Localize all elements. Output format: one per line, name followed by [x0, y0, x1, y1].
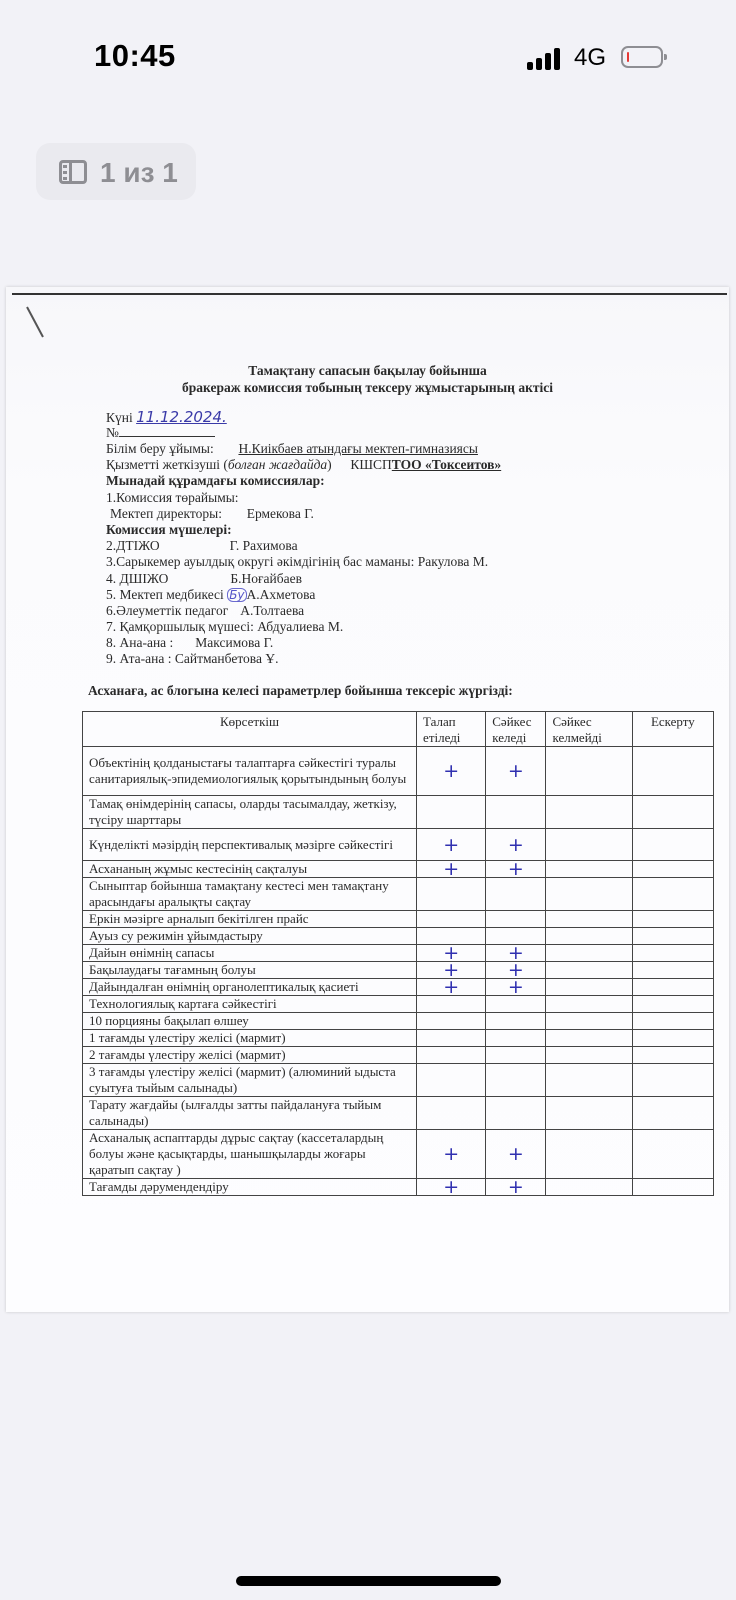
- member-name: Б.Ноғайбаев: [230, 571, 302, 586]
- table-row: Дайындалған өнімнің органолептикалық қас…: [83, 979, 714, 996]
- cell-note: [632, 747, 713, 796]
- cell-compliant: [486, 1047, 546, 1064]
- org-value: Н.Киікбаев атындағы мектеп-гимназиясы: [238, 441, 478, 456]
- table-row: Еркін мәзірге арналып бекітілген прайс: [83, 911, 714, 928]
- cell-non-compliant: [546, 911, 632, 928]
- table-row: Тамақ өнімдерінің сапасы, оларды тасымал…: [83, 796, 714, 829]
- member-label: 3.Сарыкемер ауылдық округі әкімдігінің б…: [106, 554, 414, 569]
- commission-heading: Мынадай құрамдағы комиссиялар:: [106, 473, 325, 489]
- table-row: Асхананың жұмыс кестесінің сақталуы++: [83, 861, 714, 878]
- member-name: Абдуалиева М.: [257, 619, 343, 634]
- cell-note: [632, 1030, 713, 1047]
- cell-compliant: [486, 796, 546, 829]
- cell-indicator: 1 тағамды үлестіру желісі (мармит): [83, 1030, 417, 1047]
- cell-non-compliant: [546, 829, 632, 861]
- cell-indicator: Объектінің қолданыстағы талаптарға сәйке…: [83, 747, 417, 796]
- cell-non-compliant: [546, 1013, 632, 1030]
- table-row: Күнделікті мәзірдің перспективалық мәзір…: [83, 829, 714, 861]
- member-item: 9. Ата-ана : Сайтманбетова Ұ.: [106, 651, 278, 667]
- cell-compliant: +: [486, 747, 546, 796]
- member-item: 4. ДШІЖОБ.Ноғайбаев: [106, 571, 302, 587]
- cell-compliant: [486, 1030, 546, 1047]
- supplier-label-end: ): [327, 457, 332, 472]
- number-label: №: [106, 425, 119, 440]
- cell-required: +: [417, 1130, 486, 1179]
- table-row: Ауыз су режимін ұйымдастыру: [83, 928, 714, 945]
- org-label: Білім беру ұйымы:: [106, 441, 214, 456]
- member-item: 3.Сарыкемер ауылдық округі әкімдігінің б…: [106, 554, 488, 570]
- cell-compliant: [486, 996, 546, 1013]
- cell-indicator: Еркін мәзірге арналып бекітілген прайс: [83, 911, 417, 928]
- cell-non-compliant: [546, 1064, 632, 1097]
- cell-non-compliant: [546, 796, 632, 829]
- cell-note: [632, 878, 713, 911]
- battery-low-icon: [621, 46, 663, 68]
- director-label: Мектеп директоры:: [110, 506, 222, 521]
- cell-required: [417, 878, 486, 911]
- cellular-signal-icon: [527, 48, 563, 70]
- number-blank: [119, 425, 215, 437]
- member-label: 7. Қамқоршылық мүшесі:: [106, 619, 254, 634]
- cell-non-compliant: [546, 747, 632, 796]
- home-indicator[interactable]: [236, 1576, 501, 1586]
- table-body: Объектінің қолданыстағы талаптарға сәйке…: [83, 747, 714, 1196]
- header-compliant: Сәйкес келеді: [486, 712, 546, 747]
- member-label: 4. ДШІЖО: [106, 571, 168, 586]
- cell-non-compliant: [546, 962, 632, 979]
- number-line: №: [106, 425, 215, 441]
- page-indicator[interactable]: 1 из 1: [36, 143, 196, 200]
- cell-required: +: [417, 747, 486, 796]
- cell-indicator: Бақылаудағы тағамның болуы: [83, 962, 417, 979]
- cell-required: +: [417, 979, 486, 996]
- supplier-label: Қызметті жеткізуші (: [106, 457, 228, 472]
- director-name: Ермекова Г.: [247, 506, 314, 521]
- cell-indicator: Дайын өнімнің сапасы: [83, 945, 417, 962]
- cell-indicator: 2 тағамды үлестіру желісі (мармит): [83, 1047, 417, 1064]
- cell-required: [417, 796, 486, 829]
- member-name: Ракулова М.: [418, 554, 488, 569]
- member-label: 8. Ана-ана :: [106, 635, 173, 650]
- cell-indicator: Тамақ өнімдерінің сапасы, оларды тасымал…: [83, 796, 417, 829]
- cell-compliant: +: [486, 1130, 546, 1179]
- cell-note: [632, 928, 713, 945]
- cell-note: [632, 1179, 713, 1196]
- supplier-type: КШСП: [350, 457, 391, 472]
- cell-non-compliant: [546, 1047, 632, 1064]
- cell-indicator: 10 порцияны бақылап өлшеу: [83, 1013, 417, 1030]
- table-row: Технологиялық картаға сәйкестігі: [83, 996, 714, 1013]
- cell-non-compliant: [546, 996, 632, 1013]
- member-label: 5. Мектеп медбикесі: [106, 587, 224, 602]
- cell-required: [417, 996, 486, 1013]
- supplier-line: Қызметті жеткізуші (болған жағдайда) КШС…: [106, 457, 501, 473]
- table-row: Объектінің қолданыстағы талаптарға сәйке…: [83, 747, 714, 796]
- cell-note: [632, 1064, 713, 1097]
- cell-compliant: [486, 878, 546, 911]
- table-row: 10 порцияны бақылап өлшеу: [83, 1013, 714, 1030]
- member-label: 2.ДТІЖО: [106, 538, 160, 553]
- doc-title-line1: Тамақтану сапасын бақылау бойынша: [6, 363, 729, 379]
- member-item: 6.Әлеуметтік педагогА.Толтаева: [106, 603, 304, 619]
- supplier-value: ТОО «Токсеитов»: [392, 457, 501, 472]
- network-type: 4G: [574, 44, 606, 72]
- cell-required: +: [417, 861, 486, 878]
- cell-note: [632, 829, 713, 861]
- member-item: 8. Ана-ана :Максимова Г.: [106, 635, 273, 651]
- cell-indicator: Тарату жағдайы (ылғалды затты пайдалануғ…: [83, 1097, 417, 1130]
- cell-indicator: Технологиялық картаға сәйкестігі: [83, 996, 417, 1013]
- cell-indicator: 3 тағамды үлестіру желісі (мармит) (алюм…: [83, 1064, 417, 1097]
- cell-required: [417, 1047, 486, 1064]
- cell-non-compliant: [546, 945, 632, 962]
- member-name: Максимова Г.: [195, 635, 273, 650]
- table-row: Тағамды дәрумендендіру++: [83, 1179, 714, 1196]
- signature: Бу: [227, 588, 246, 602]
- member-label: 9. Ата-ана :: [106, 651, 171, 666]
- cell-compliant: +: [486, 1179, 546, 1196]
- org-line: Білім беру ұйымы: Н.Киікбаев атындағы ме…: [106, 441, 478, 457]
- cell-required: [417, 1013, 486, 1030]
- members-heading: Комиссия мүшелері:: [106, 522, 232, 538]
- date-label: Күні: [106, 410, 133, 425]
- table-row: 3 тағамды үлестіру желісі (мармит) (алюм…: [83, 1064, 714, 1097]
- table-row: Бақылаудағы тағамның болуы++: [83, 962, 714, 979]
- cell-non-compliant: [546, 1179, 632, 1196]
- cell-compliant: [486, 1097, 546, 1130]
- cell-indicator: Асхананың жұмыс кестесінің сақталуы: [83, 861, 417, 878]
- cell-required: [417, 911, 486, 928]
- document-page: Тамақтану сапасын бақылау бойынша бракер…: [6, 287, 729, 1312]
- member-item: 2.ДТІЖОГ. Рахимова: [106, 538, 298, 554]
- table-row: Дайын өнімнің сапасы++: [83, 945, 714, 962]
- cell-note: [632, 1047, 713, 1064]
- clock: 10:45: [94, 38, 176, 74]
- cell-note: [632, 1130, 713, 1179]
- table-header-row: Көрсеткіш Талап етіледі Сәйкес келеді Сә…: [83, 712, 714, 747]
- header-required: Талап етіледі: [417, 712, 486, 747]
- doc-title-line2: бракераж комиссия тобының тексеру жұмыст…: [6, 380, 729, 396]
- table-row: 2 тағамды үлестіру желісі (мармит): [83, 1047, 714, 1064]
- scan-edge: [12, 293, 727, 295]
- cell-compliant: +: [486, 861, 546, 878]
- cell-indicator: Ауыз су режимін ұйымдастыру: [83, 928, 417, 945]
- cell-indicator: Дайындалған өнімнің органолептикалық қас…: [83, 979, 417, 996]
- cell-non-compliant: [546, 861, 632, 878]
- cell-non-compliant: [546, 928, 632, 945]
- cell-non-compliant: [546, 878, 632, 911]
- table-row: 1 тағамды үлестіру желісі (мармит): [83, 1030, 714, 1047]
- cell-non-compliant: [546, 1130, 632, 1179]
- table-row: Тарату жағдайы (ылғалды затты пайдалануғ…: [83, 1097, 714, 1130]
- inspection-heading: Асханаға, ас блогына келесі параметрлер …: [88, 683, 513, 699]
- cell-indicator: Күнделікті мәзірдің перспективалық мәзір…: [83, 829, 417, 861]
- cell-required: [417, 1097, 486, 1130]
- table-row: Сыныптар бойынша тамақтану кестесі мен т…: [83, 878, 714, 911]
- pen-mark: [26, 307, 44, 338]
- cell-required: [417, 1064, 486, 1097]
- member-item: 7. Қамқоршылық мүшесі: Абдуалиева М.: [106, 619, 343, 635]
- supplier-label-italic: болған жағдайда: [228, 457, 327, 472]
- cell-required: +: [417, 1179, 486, 1196]
- cell-non-compliant: [546, 1030, 632, 1047]
- member-item: 5. Мектеп медбикесі БуА.Ахметова: [106, 587, 315, 603]
- member-name: Г. Рахимова: [230, 538, 298, 553]
- cell-compliant: +: [486, 829, 546, 861]
- member-label: 6.Әлеуметтік педагог: [106, 603, 228, 618]
- member-name: Сайтманбетова Ұ.: [175, 651, 279, 666]
- cell-required: +: [417, 829, 486, 861]
- cell-compliant: [486, 1064, 546, 1097]
- cell-indicator: Сыныптар бойынша тамақтану кестесі мен т…: [83, 878, 417, 911]
- cell-note: [632, 945, 713, 962]
- cell-note: [632, 962, 713, 979]
- page-indicator-label: 1 из 1: [100, 157, 178, 189]
- header-note: Ескерту: [632, 712, 713, 747]
- cell-indicator: Асханалық аспаптарды дұрыс сақтау (кассе…: [83, 1130, 417, 1179]
- inspection-table: Көрсеткіш Талап етіледі Сәйкес келеді Сә…: [82, 711, 714, 1196]
- header-indicator: Көрсеткіш: [83, 712, 417, 747]
- cell-note: [632, 996, 713, 1013]
- member-name: А.Ахметова: [247, 587, 316, 602]
- table-row: Асханалық аспаптарды дұрыс сақтау (кассе…: [83, 1130, 714, 1179]
- header-non-compliant: Сәйкес келмейді: [546, 712, 632, 747]
- cell-indicator: Тағамды дәрумендендіру: [83, 1179, 417, 1196]
- sidebar-icon: [59, 160, 87, 184]
- cell-note: [632, 1013, 713, 1030]
- cell-compliant: [486, 1013, 546, 1030]
- date-line: Күні 11.12.2024.: [106, 408, 227, 426]
- date-value: 11.12.2024.: [136, 408, 227, 426]
- cell-note: [632, 1097, 713, 1130]
- cell-compliant: [486, 911, 546, 928]
- cell-note: [632, 861, 713, 878]
- cell-non-compliant: [546, 1097, 632, 1130]
- cell-note: [632, 796, 713, 829]
- director-line: Мектеп директоры: Ермекова Г.: [110, 506, 314, 522]
- status-bar: 10:45 4G: [0, 0, 736, 110]
- cell-compliant: +: [486, 979, 546, 996]
- cell-note: [632, 979, 713, 996]
- chair-label: 1.Комиссия төрайымы:: [106, 490, 239, 506]
- cell-required: [417, 1030, 486, 1047]
- cell-note: [632, 911, 713, 928]
- cell-non-compliant: [546, 979, 632, 996]
- member-name: А.Толтаева: [240, 603, 304, 618]
